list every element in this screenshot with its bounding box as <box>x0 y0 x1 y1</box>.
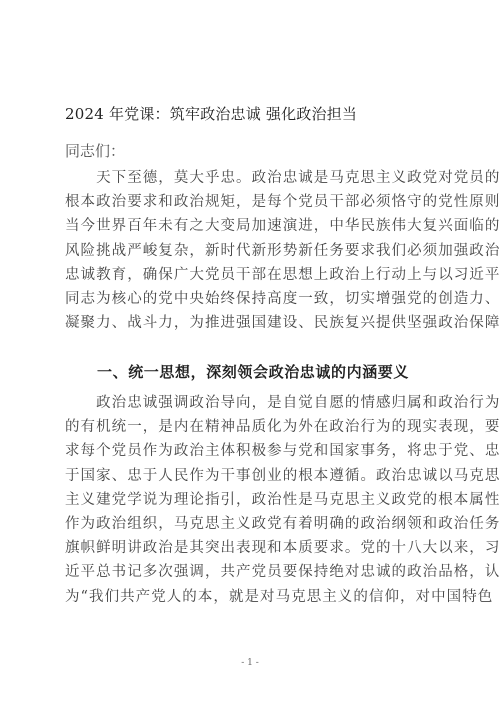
text-line: 的有机统一，是内在精神品质化为外在政治行为的现实表现，要 <box>65 415 440 439</box>
text-line: 于国家、忠于人民作为干事创业的根本遵循。政治忠诚以马克思 <box>65 464 440 488</box>
text-line: 同志为核心的党中央始终保持高度一致，切实增强党的创造力、 <box>65 287 440 311</box>
text-line: 求每个党员作为政治主体积极参与党和国家事务，将忠于党、忠 <box>65 439 440 463</box>
paragraph-intro: 天下至德，莫大乎忠。政治忠诚是马克思主义政党对党员的 根本政治要求和政治规矩，是… <box>65 166 440 335</box>
text-line: 根本政治要求和政治规矩，是每个党员干部必须恪守的党性原则。 <box>65 190 440 214</box>
text-line: 作为政治组织，马克思主义政党有着明确的政治纲领和政治任务， <box>65 512 440 536</box>
text-line: 风险挑战严峻复杂，新时代新形势新任务要求我们必须加强政治 <box>65 239 440 263</box>
document-page: 2024 年党课：筑牢政治忠诚 强化政治担当 同志们： 天下至德，莫大乎忠。政治… <box>0 0 500 708</box>
page-number: - 1 - <box>0 658 500 668</box>
text-line: 凝聚力、战斗力，为推进强国建设、民族复兴提供坚强政治保障。 <box>65 311 440 335</box>
text-line: 政治忠诚强调政治导向，是自觉自愿的情感归属和政治行为 <box>65 391 440 415</box>
text-line: 为“我们共产党人的本，就是对马克思主义的信仰，对中国特色 <box>65 585 440 609</box>
text-line: 主义建党学说为理论指引，政治性是马克思主义政党的根本属性。 <box>65 488 440 512</box>
text-line: 近平总书记多次强调，共产党员要保持绝对忠诚的政治品格，认 <box>65 560 440 584</box>
section-heading: 一、统一思想，深刻领会政治忠诚的内涵要义 <box>97 361 409 382</box>
text-line: 旗帜鲜明讲政治是其突出表现和本质要求。党的十八大以来，习 <box>65 536 440 560</box>
text-line: 忠诚教育，确保广大党员干部在思想上政治上行动上与以习近平 <box>65 263 440 287</box>
text-line: 天下至德，莫大乎忠。政治忠诚是马克思主义政党对党员的 <box>65 166 440 190</box>
text-line: 当今世界百年未有之大变局加速演进，中华民族伟大复兴面临的 <box>65 214 440 238</box>
paragraph-section1: 政治忠诚强调政治导向，是自觉自愿的情感归属和政治行为 的有机统一，是内在精神品质… <box>65 391 440 609</box>
document-title: 2024 年党课：筑牢政治忠诚 强化政治担当 <box>65 103 357 124</box>
salutation: 同志们： <box>65 140 125 161</box>
